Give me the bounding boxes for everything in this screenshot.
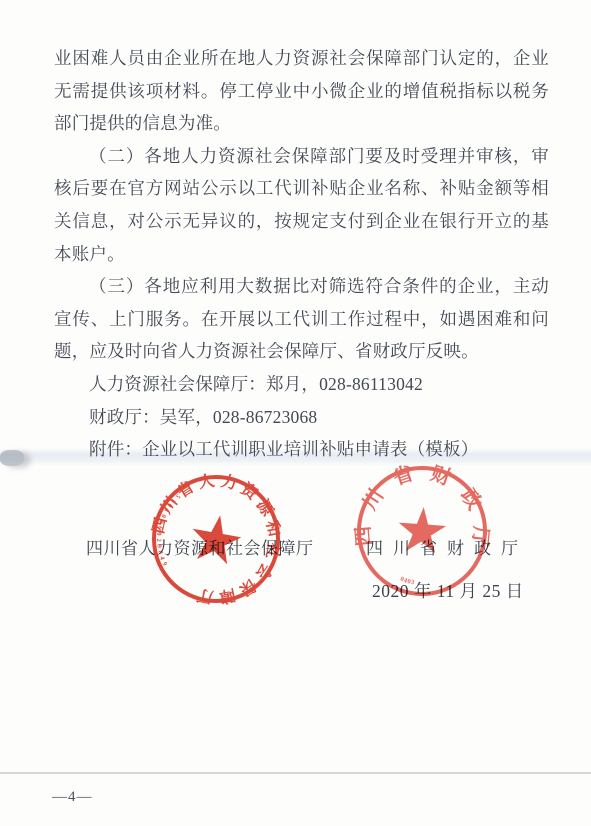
- page-number: —4—: [52, 789, 93, 806]
- scan-smudge: [0, 450, 24, 466]
- scan-artifact-line: [0, 772, 591, 774]
- document-body: 业困难人员由企业所在地人力资源社会保障部门认定的，企业无需提供该项材料。停工停业…: [54, 42, 549, 466]
- seal-code: 0403: [399, 576, 416, 587]
- contact-line-finance: 财政厅：吴军，028-86723068: [54, 401, 549, 434]
- seal-star-icon: [397, 505, 448, 553]
- seal-star-icon: [188, 511, 245, 566]
- contact-line-hr: 人力资源社会保障厅：郑月，028-86113042: [54, 368, 549, 401]
- hr-dept-seal-icon: 四川省人力资源和社会保障厅 5101006029849: [141, 464, 291, 614]
- paragraph: （二）各地人力资源社会保障部门要及时受理并审核，审核后要在官方网站公示以工代训补…: [54, 140, 549, 270]
- paragraph: 业困难人员由企业所在地人力资源社会保障部门认定的，企业无需提供该项材料。停工停业…: [54, 42, 549, 140]
- paragraph: （三）各地应利用大数据比对筛选符合条件的企业，主动宣传、上门服务。在开展以工代训…: [54, 270, 549, 368]
- finance-dept-seal-icon: 四川省财政厅 0403: [347, 456, 497, 606]
- document-page: 业困难人员由企业所在地人力资源社会保障部门认定的，企业无需提供该项材料。停工停业…: [0, 0, 591, 826]
